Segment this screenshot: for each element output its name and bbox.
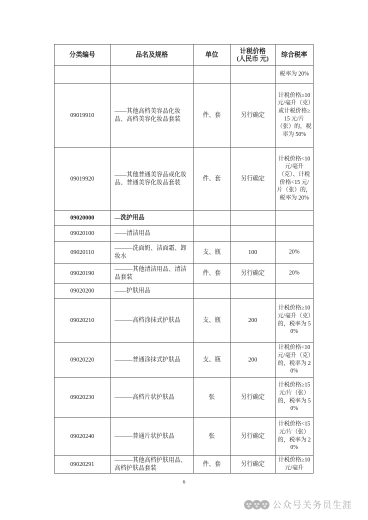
cell-name: ———高档片状护肤品 (110, 377, 193, 417)
table-row: 09020000—洗护用品 (54, 210, 313, 225)
cell-unit (193, 225, 230, 241)
cell-code: 09020110 (54, 241, 110, 263)
cell-unit: 件、套 (193, 83, 230, 147)
cell-price: 200 (230, 298, 275, 342)
cell-unit (193, 283, 230, 298)
table-row: 09020200——护肤用品 (54, 283, 313, 298)
screenshot-viewport: 分类编号 品名及规格 单位 计税价格 (人民币 元) 综合税率 税率为 20%0… (0, 0, 368, 520)
cell-price: 200 (230, 342, 275, 377)
cell-price (230, 65, 275, 83)
cell-name: ———普通涂抹式护肤品 (110, 342, 193, 377)
header-code: 分类编号 (54, 44, 110, 65)
cell-unit: 张 (193, 377, 230, 417)
cell-rate (275, 283, 313, 298)
cell-rate: 计税价格≥10 元/毫升 (275, 455, 313, 473)
cell-code: 09019920 (54, 147, 110, 210)
cell-price (230, 225, 275, 241)
cell-rate: 税率为 20% (275, 65, 313, 83)
cell-code: 09020210 (54, 298, 110, 342)
table-row: 税率为 20% (54, 65, 313, 83)
cell-price (230, 283, 275, 298)
cell-price: 另行确定 (230, 377, 275, 417)
table-row: 09020210———高档涂抹式护肤品支、瓶200计税价格≥10 元/毫升（克）… (54, 298, 313, 342)
cell-unit: 张 (193, 417, 230, 455)
cell-name: ———其他清洁用品、清洁品套装 (110, 263, 193, 283)
table-row: 09019910——其他高档美容品化妆品、高档美容化妆品套装件、套另行确定计税价… (54, 83, 313, 147)
cell-price: 另行确定 (230, 455, 275, 473)
table-row: 09020190———其他清洁用品、清洁品套装件、套另行确定20% (54, 263, 313, 283)
cell-price: 100 (230, 241, 275, 263)
header-unit: 单位 (193, 44, 230, 65)
cell-price: 另行确定 (230, 417, 275, 455)
cell-name: ———洗面奶、洁面霜、卸妆水 (110, 241, 193, 263)
watermark: 公众号关务员生涯 (244, 498, 353, 511)
cell-name (110, 65, 193, 83)
table-row: 09020240———普通片状护肤品张另行确定计税价格<15 元/片（张）的，税… (54, 417, 313, 455)
cell-name: ——其他普通美容品或化妆品、普通美容化妆品套装 (110, 147, 193, 210)
cell-name: ———高档涂抹式护肤品 (110, 298, 193, 342)
cell-rate (275, 225, 313, 241)
cell-unit: 件、套 (193, 147, 230, 210)
table-header-row: 分类编号 品名及规格 单位 计税价格 (人民币 元) 综合税率 (54, 44, 313, 65)
cell-rate: 20% (275, 263, 313, 283)
tax-classification-table: 分类编号 品名及规格 单位 计税价格 (人民币 元) 综合税率 税率为 20%0… (54, 44, 314, 474)
cell-unit: 支、瓶 (193, 298, 230, 342)
cell-unit: 支、瓶 (193, 241, 230, 263)
cell-code: 09020291 (54, 455, 110, 473)
cell-price: 另行确定 (230, 147, 275, 210)
cell-code: 09019910 (54, 83, 110, 147)
cell-unit: 支、瓶 (193, 342, 230, 377)
cell-price: 另行确定 (230, 83, 275, 147)
cell-price (230, 210, 275, 225)
cell-rate: 计税价格<10 元/毫升（克）的，税率为 20% (275, 342, 313, 377)
page-number: 6 (0, 479, 368, 485)
cell-code (54, 65, 110, 83)
cell-unit (193, 210, 230, 225)
watermark-text: 公众号关务员生涯 (273, 498, 353, 511)
cell-rate: 计税价格≥10 元/毫升（克）或计税价格≥15 元/片（张）的，税率为 50% (275, 83, 313, 147)
table-row: 09020110———洗面奶、洁面霜、卸妆水支、瓶10020% (54, 241, 313, 263)
cell-unit: 件、套 (193, 455, 230, 473)
cell-code: 09020190 (54, 263, 110, 283)
cell-code: 09020240 (54, 417, 110, 455)
table-row: 09019920——其他普通美容品或化妆品、普通美容化妆品套装件、套另行确定计税… (54, 147, 313, 210)
table-row: 09020220———普通涂抹式护肤品支、瓶200计税价格<10 元/毫升（克）… (54, 342, 313, 377)
cell-code: 09020100 (54, 225, 110, 241)
cell-name: ——其他高档美容品化妆品、高档美容化妆品套装 (110, 83, 193, 147)
wechat-avatar-icon-3 (260, 500, 270, 510)
cell-code: 09020000 (54, 210, 110, 225)
table-row: 09020100——清洁用品 (54, 225, 313, 241)
cell-unit (193, 65, 230, 83)
header-rate: 综合税率 (275, 44, 313, 65)
cell-rate: 计税价格≥15 元/片（张）的，税率为 50% (275, 377, 313, 417)
cell-name: ———普通片状护肤品 (110, 417, 193, 455)
cell-code: 09020200 (54, 283, 110, 298)
header-name: 品名及规格 (110, 44, 193, 65)
cell-name: —洗护用品 (110, 210, 193, 225)
cell-price: 另行确定 (230, 263, 275, 283)
cell-code: 09020230 (54, 377, 110, 417)
cell-name: ——护肤用品 (110, 283, 193, 298)
table-row: 09020291———其他高档护肤用品、高档护肤品套装件、套另行确定计税价格≥1… (54, 455, 313, 473)
cell-code: 09020220 (54, 342, 110, 377)
table-row: 09020230———高档片状护肤品张另行确定计税价格≥15 元/片（张）的，税… (54, 377, 313, 417)
cell-name: ———其他高档护肤用品、高档护肤品套装 (110, 455, 193, 473)
cell-rate: 20% (275, 241, 313, 263)
header-price: 计税价格 (人民币 元) (230, 44, 275, 65)
cell-rate: 计税价格≥10 元/毫升（克）的，税率为 50% (275, 298, 313, 342)
cell-name: ——清洁用品 (110, 225, 193, 241)
cell-rate: 计税价格<15 元/片（张）的，税率为 20% (275, 417, 313, 455)
cell-rate (275, 210, 313, 225)
cell-rate: 计税价格<10 元/毫升（克）、计税价格<15 元/片（张）的，税率为 20% (275, 147, 313, 210)
cell-unit: 件、套 (193, 263, 230, 283)
document-page: 分类编号 品名及规格 单位 计税价格 (人民币 元) 综合税率 税率为 20%0… (0, 0, 368, 520)
